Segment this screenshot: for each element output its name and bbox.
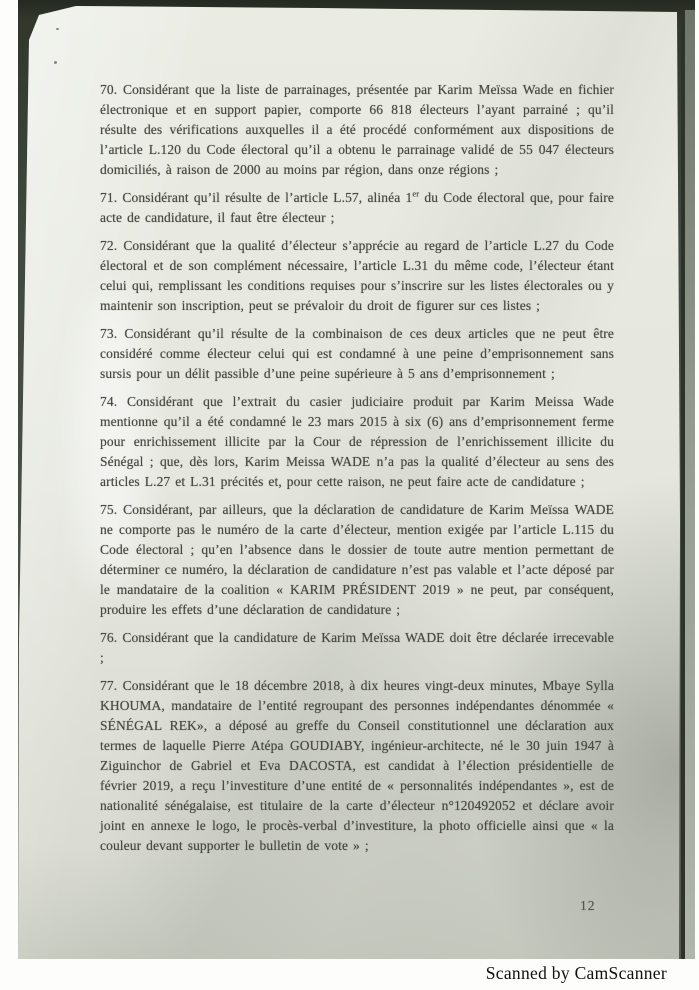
- paragraph-76: 76. Considérant que la candidature de Ka…: [100, 628, 614, 668]
- paragraph-74: 74. Considérant que l’extrait du casier …: [100, 392, 614, 492]
- document-paper: 70. Considérant que la liste de parraina…: [18, 0, 695, 959]
- document-body: 70. Considérant que la liste de parraina…: [100, 80, 614, 864]
- paragraph-71-text: 71. Considérant qu’il résulte de l’artic…: [100, 190, 412, 205]
- paragraph-70: 70. Considérant que la liste de parraina…: [100, 80, 614, 180]
- paragraph-72: 72. Considérant que la qualité d’électeu…: [100, 236, 614, 316]
- page-number: 12: [580, 898, 596, 914]
- paragraph-77: 77. Considérant que le 18 décembre 2018,…: [100, 676, 614, 856]
- paragraph-73: 73. Considérant qu’il résulte de la comb…: [100, 324, 614, 384]
- desk-edge: [681, 10, 695, 959]
- paragraph-71: 71. Considérant qu’il résulte de l’artic…: [100, 188, 614, 228]
- scan-photo: 70. Considérant que la liste de parraina…: [18, 0, 695, 959]
- camscanner-watermark: Scanned by CamScanner: [486, 959, 667, 990]
- scanned-document-canvas: 70. Considérant que la liste de parraina…: [0, 0, 699, 990]
- paper-speck: [56, 28, 59, 30]
- paragraph-75: 75. Considérant, par ailleurs, que la dé…: [100, 500, 614, 620]
- paper-speck: [54, 61, 57, 64]
